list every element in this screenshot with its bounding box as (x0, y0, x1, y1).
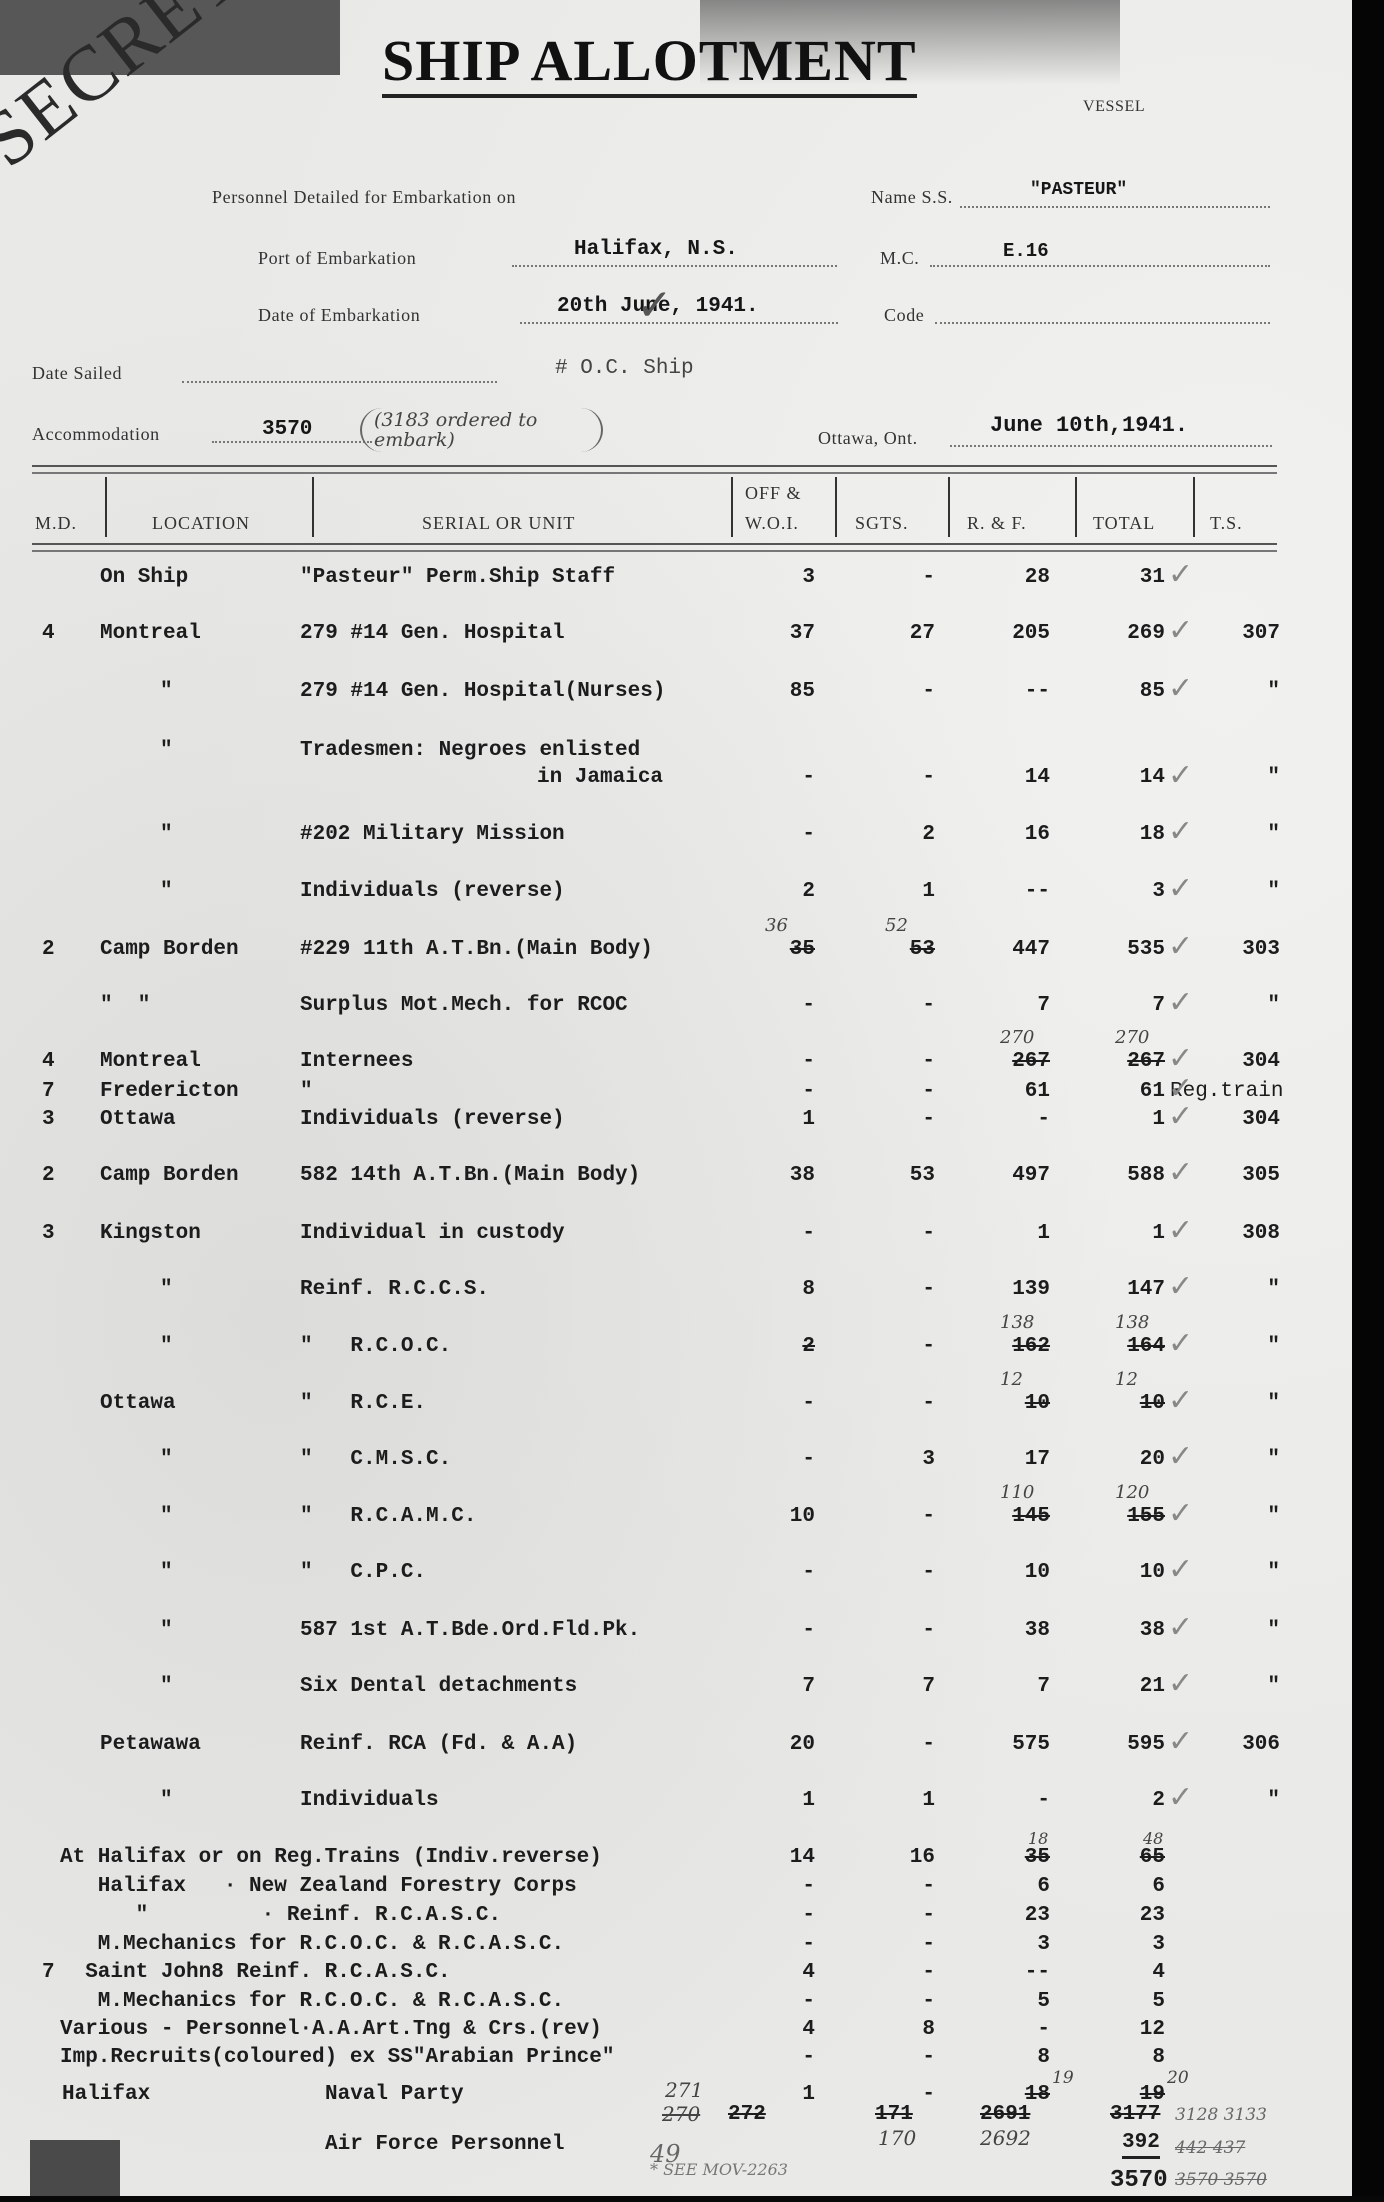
off-cell: 2 (735, 879, 815, 905)
sgts-cell: 53 (855, 937, 935, 963)
total-cell: 61 (1085, 1079, 1165, 1105)
total-cell: 8 (1085, 2045, 1165, 2071)
off-cell: - (735, 1049, 815, 1075)
checkmark-icon: ✓ (1168, 1155, 1193, 1190)
column-divider (312, 477, 314, 537)
total-cell: 269 (1085, 621, 1165, 647)
checkmark-icon: ✓ (1168, 1724, 1193, 1759)
column-divider (1075, 477, 1077, 537)
accommodation-value: 3570 (262, 418, 312, 441)
off-cell: - (735, 1618, 815, 1644)
rf-cell: 28 (970, 565, 1050, 591)
total-cell: 164 (1085, 1334, 1165, 1360)
unit-cell: " R.C.O.C. (300, 1334, 451, 1360)
side-note: 3570 3570 (1175, 2170, 1267, 2190)
table-row: "279 #14 Gen. Hospital(Nurses)85---85"✓ (0, 679, 1358, 709)
rf-cell: 1 (970, 1221, 1050, 1247)
sgts-cell: 8 (855, 2017, 935, 2043)
off-cell: 14 (735, 1845, 815, 1871)
off-cell: 10 (735, 1504, 815, 1530)
location-cell: " (160, 1788, 173, 1814)
checkmark-icon: ✓ (1168, 758, 1193, 793)
dotted-line (960, 206, 1270, 208)
checkmark-icon: ✓ (1168, 1269, 1193, 1304)
ts-cell: 306 (1200, 1732, 1280, 1758)
table-row: 4Montreal279 #14 Gen. Hospital3727205269… (0, 621, 1358, 651)
dotted-line (930, 265, 1270, 267)
unit-cell: Reinf. RCA (Fd. & A.A) (300, 1732, 577, 1758)
unit-cell: " (300, 1079, 313, 1105)
rf-cell: 17 (970, 1447, 1050, 1473)
rf-cell: -- (970, 679, 1050, 705)
checkmark-icon: ✓ (1168, 1099, 1193, 1134)
location-cell: " (160, 879, 173, 905)
checkmark-icon: ✓ (1168, 1439, 1193, 1474)
total-cell: 20 (1085, 1447, 1165, 1473)
side-note: 3128 3133 (1175, 2105, 1267, 2125)
total-cell: 535 (1085, 937, 1165, 963)
off-cell: 3 (735, 565, 815, 591)
unit-cell: #229 11th A.T.Bn.(Main Body) (300, 937, 653, 963)
checkmark-icon: ✓ (1168, 1780, 1193, 1815)
total-cell: 65 (1085, 1845, 1165, 1871)
handwritten-correction: 270 (1115, 1027, 1149, 1048)
total-sum: 3177 (1110, 2102, 1160, 2128)
checkmark-icon: ✓ (1168, 814, 1193, 849)
accommodation-handwritten-note: (3183 ordered to embark) (360, 408, 603, 452)
ts-cell: 304 (1200, 1107, 1280, 1133)
date-sailed-label: Date Sailed (32, 363, 122, 384)
off-cell: 35 (735, 937, 815, 963)
sgts-cell: - (855, 1874, 935, 1900)
table-row: "Individuals (reverse)21--3"✓ (0, 879, 1358, 909)
total-cell: 10 (1085, 1560, 1165, 1586)
total-cell: 267 (1085, 1049, 1165, 1075)
total-cell: 6 (1085, 1874, 1165, 1900)
ts-cell: 304 (1200, 1049, 1280, 1075)
table-row: M.Mechanics for R.C.O.C. & R.C.A.S.C.--5… (0, 1989, 1358, 2019)
sgts-cell: - (855, 1391, 935, 1417)
handwritten-correction: 270 (1000, 1027, 1034, 1048)
unit-cell: Halifax · New Zealand Forestry Corps (60, 1874, 577, 1900)
total-cell: 7 (1085, 993, 1165, 1019)
total-cell: 3 (1085, 1932, 1165, 1958)
off-cell: - (735, 765, 815, 791)
total-cell: 21 (1085, 1674, 1165, 1700)
unit-cell: 279 #14 Gen. Hospital (300, 621, 565, 647)
off-cell: 4 (735, 1960, 815, 1986)
table-row: 2Camp Borden#229 11th A.T.Bn.(Main Body)… (0, 937, 1358, 967)
port-value: Halifax, N.S. (574, 238, 738, 261)
off-cell: - (735, 1221, 815, 1247)
md-cell: 2 (42, 1163, 55, 1189)
column-header-sgts: SGTS. (855, 513, 909, 534)
checkmark-icon: ✓ (1168, 557, 1193, 592)
unit-cell: Imp.Recruits(coloured) ex SS"Arabian Pri… (60, 2045, 615, 2071)
checkmark-icon: ✓ (1168, 1666, 1193, 1701)
mc-value: E.16 (1003, 240, 1049, 262)
total-cell: 595 (1085, 1732, 1165, 1758)
sgts-cell: 1 (855, 879, 935, 905)
sgts-cell: - (855, 1903, 935, 1929)
ts-cell: " (1200, 1334, 1280, 1360)
sgts-struck-total: 171 (875, 2102, 913, 2128)
location-cell: " " (100, 993, 150, 1019)
issued-date: June 10th,1941. (990, 413, 1188, 438)
total-cell: 155 (1085, 1504, 1165, 1530)
unit-cell: " · Reinf. R.C.A.S.C. (60, 1903, 501, 1929)
scan-border (1352, 0, 1384, 2202)
table-top-rule (32, 465, 1277, 474)
table-row: Various - Personnel·A.A.Art.Tng & Crs.(r… (0, 2017, 1358, 2047)
location-cell: " (160, 1674, 173, 1700)
table-header-rule (32, 543, 1277, 552)
off-struck-total: 270 (662, 2102, 700, 2126)
rf-cell: 7 (970, 993, 1050, 1019)
table-row: "Individuals11-2"✓ (0, 1788, 1358, 1818)
sgts-cell: - (855, 1049, 935, 1075)
off-cell: 2 (735, 1334, 815, 1360)
unit-cell: M.Mechanics for R.C.O.C. & R.C.A.S.C. (60, 1932, 564, 1958)
rf-cell: 497 (970, 1163, 1050, 1189)
unit-cell: #202 Military Mission (300, 822, 565, 848)
ts-cell: " (1200, 1674, 1280, 1700)
ts-cell: " (1200, 993, 1280, 1019)
unit-cell: " R.C.A.M.C. (300, 1504, 476, 1530)
dotted-line (950, 445, 1272, 447)
handwritten-correction: 12 (1000, 1369, 1023, 1390)
unit-cell: M.Mechanics for R.C.O.C. & R.C.A.S.C. (60, 1989, 564, 2015)
location-cell: " (160, 1277, 173, 1303)
issued-place: Ottawa, Ont. (818, 428, 918, 449)
ship-name: "PASTEUR" (1030, 180, 1127, 200)
sgts-cell: - (855, 1277, 935, 1303)
unit-cell: Individuals (reverse) (300, 1107, 565, 1133)
rf-cell: 38 (970, 1618, 1050, 1644)
unit-cell: Reinf. R.C.C.S. (300, 1277, 489, 1303)
dotted-line (935, 322, 1270, 324)
unit-cell: Saint John8 Reinf. R.C.A.S.C. (60, 1960, 451, 1986)
total-cell: 14 (1085, 765, 1165, 791)
checkmark-icon: ✓ (1168, 1326, 1193, 1361)
air-force-annotation: 49 (650, 2140, 681, 2168)
checkmark-icon: ✓ (636, 280, 673, 331)
handwritten-correction: 19 (1052, 2068, 1074, 2088)
off-cell: - (735, 993, 815, 1019)
sgts-cell: 3 (855, 1447, 935, 1473)
rf-cell: 145 (970, 1504, 1050, 1530)
location-cell: Montreal (100, 621, 201, 647)
checkmark-icon: ✓ (1168, 1213, 1193, 1248)
air-force-total: 392 (1122, 2130, 1160, 2159)
table-row: "" R.C.O.C.2-162138164138"✓ (0, 1334, 1358, 1364)
unit-cell: 279 #14 Gen. Hospital(Nurses) (300, 679, 665, 705)
location-cell: " (160, 1618, 173, 1644)
off-cell: - (735, 1874, 815, 1900)
table-row: "" R.C.A.M.C.10-145110155120"✓ (0, 1504, 1358, 1534)
handwritten-correction: 138 (1115, 1312, 1149, 1333)
table-row: "" C.M.S.C.-31720"✓ (0, 1447, 1358, 1477)
location-cell: " (160, 679, 173, 705)
sgts-cell: - (855, 765, 935, 791)
ts-cell: 303 (1200, 937, 1280, 963)
location-cell: Kingston (100, 1221, 201, 1247)
ts-cell: " (1200, 1560, 1280, 1586)
md-cell: 2 (42, 937, 55, 963)
off-cell: 8 (735, 1277, 815, 1303)
location-cell: Petawawa (100, 1732, 201, 1758)
column-divider (1193, 477, 1195, 537)
table-row: "Tradesmen: Negroes enlisted--1414"in Ja… (0, 738, 1358, 768)
location-cell: Ottawa (100, 1107, 176, 1133)
column-header-location: LOCATION (152, 513, 250, 534)
checkmark-icon: ✓ (1168, 1610, 1193, 1645)
total-cell: 18 (1085, 822, 1165, 848)
sgts-cell: 2 (855, 822, 935, 848)
table-row: PetawawaReinf. RCA (Fd. & A.A)20-5755953… (0, 1732, 1358, 1762)
column-header-md: M.D. (35, 513, 77, 534)
handwritten-correction: 12 (1115, 1369, 1138, 1390)
rf-cell: 205 (970, 621, 1050, 647)
sgts-cell: - (855, 1732, 935, 1758)
unit-cell: " R.C.E. (300, 1391, 426, 1417)
table-row: Halifax · New Zealand Forestry Corps--66 (0, 1874, 1358, 1904)
md-cell: 4 (42, 1049, 55, 1075)
column-header-ts: T.S. (1210, 513, 1243, 534)
handwritten-correction: 120 (1115, 1482, 1149, 1503)
unit-cell: " C.P.C. (300, 1560, 426, 1586)
dotted-line (512, 265, 837, 267)
column-divider (105, 477, 107, 537)
location-cell: Montreal (100, 1049, 201, 1075)
sgts-cell: - (855, 1079, 935, 1105)
sgts-cell: - (855, 1618, 935, 1644)
off-cell: - (735, 1903, 815, 1929)
table-row: Imp.Recruits(coloured) ex SS"Arabian Pri… (0, 2045, 1358, 2075)
rf-cell: 35 (970, 1845, 1050, 1871)
md-cell: 7 (42, 1960, 55, 1986)
sgts-cell: - (855, 1989, 935, 2015)
sgts-cell: - (855, 1221, 935, 1247)
vessel-label: VESSEL (1083, 98, 1145, 116)
dotted-line (520, 322, 838, 324)
column-header-total: TOTAL (1093, 513, 1155, 534)
port-label: Port of Embarkation (258, 248, 416, 269)
location-cell: " (160, 1447, 173, 1473)
unit-cell: Naval Party (325, 2082, 464, 2108)
sgts-cell: - (855, 565, 935, 591)
handwritten-correction: 18 (1028, 1829, 1048, 1848)
unit-cell: Various - Personnel·A.A.Art.Tng & Crs.(r… (60, 2017, 602, 2043)
rf-cell: 16 (970, 822, 1050, 848)
location-cell: " (160, 1560, 173, 1586)
handwritten-correction: 110 (1000, 1482, 1034, 1503)
column-divider (948, 477, 950, 537)
total-cell: 12 (1085, 2017, 1165, 2043)
sgts-cell: - (855, 1334, 935, 1360)
personnel-label: Personnel Detailed for Embarkation on (212, 187, 516, 208)
ts-cell: " (1200, 765, 1280, 791)
ts-cell: " (1200, 1447, 1280, 1473)
sgts-cell: - (855, 1932, 935, 1958)
unit-cell: Internees (300, 1049, 413, 1075)
off-corrected-total: 271 (665, 2078, 703, 2102)
off-cell: 38 (735, 1163, 815, 1189)
unit-cell: At Halifax or on Reg.Trains (Indiv.rever… (60, 1845, 602, 1871)
ts-cell: " (1200, 879, 1280, 905)
table-row: 7Fredericton"--6161Reg.train✓ (0, 1079, 1358, 1109)
column-header-rf: R. & F. (967, 513, 1027, 534)
total-cell: 588 (1085, 1163, 1165, 1189)
location-cell: " (160, 738, 173, 764)
grand-total: 3570 (1110, 2168, 1168, 2194)
table-row: "" C.P.C.--1010"✓ (0, 1560, 1358, 1590)
table-row: "Reinf. R.C.C.S.8-139147"✓ (0, 1277, 1358, 1307)
dotted-line (212, 441, 372, 443)
table-row: 7 Saint John8 Reinf. R.C.A.S.C.4---4 (0, 1960, 1358, 1990)
rf-corrected-total: 2692 (980, 2126, 1031, 2150)
sgts-cell: 16 (855, 1845, 935, 1871)
rf-cell: 7 (970, 1674, 1050, 1700)
table-row: At Halifax or on Reg.Trains (Indiv.rever… (0, 1845, 1358, 1875)
location-cell: " (160, 1334, 173, 1360)
total-cell: 3 (1085, 879, 1165, 905)
mc-label: M.C. (880, 248, 919, 269)
column-header-serial-or-unit: SERIAL OR UNIT (422, 513, 575, 534)
rf-cell: 10 (970, 1391, 1050, 1417)
sgts-cell: 53 (855, 1163, 935, 1189)
unit-cell: Tradesmen: Negroes enlisted (300, 738, 640, 764)
unit-cell: 587 1st A.T.Bde.Ord.Fld.Pk. (300, 1618, 640, 1644)
off-cell: 37 (735, 621, 815, 647)
off-cell: 20 (735, 1732, 815, 1758)
checkmark-icon: ✓ (1168, 1496, 1193, 1531)
date-label: Date of Embarkation (258, 305, 420, 326)
checkmark-icon: ✓ (1168, 613, 1193, 648)
rf-cell: -- (970, 879, 1050, 905)
unit-cell-continued: in Jamaica (537, 765, 663, 791)
off-cell: 1 (735, 1107, 815, 1133)
sgts-cell: - (855, 2045, 935, 2071)
unit-cell: "Pasteur" Perm.Ship Staff (300, 565, 615, 591)
unit-cell: Surplus Mot.Mech. for RCOC (300, 993, 628, 1019)
column-header-off-line2: W.O.I. (745, 513, 799, 534)
checkmark-icon: ✓ (1168, 871, 1193, 906)
ts-cell: " (1200, 1391, 1280, 1417)
table-row: 4MontrealInternees--267270267270304✓ (0, 1049, 1358, 1079)
page-title: SHIP ALLOTMENT (382, 30, 917, 98)
checkmark-icon: ✓ (1168, 929, 1193, 964)
rf-cell: 3 (970, 1932, 1050, 1958)
md-cell: 3 (42, 1221, 55, 1247)
location-cell: Camp Borden (100, 937, 239, 963)
table-row: 3OttawaIndividuals (reverse)1--1304✓ (0, 1107, 1358, 1137)
sgts-cell: - (855, 1107, 935, 1133)
table-row: "587 1st A.T.Bde.Ord.Fld.Pk.--3838"✓ (0, 1618, 1358, 1648)
table-row: M.Mechanics for R.C.O.C. & R.C.A.S.C.--3… (0, 1932, 1358, 1962)
side-note: 442 437 (1175, 2138, 1245, 2158)
rf-cell: 5 (970, 1989, 1050, 2015)
location-cell: " (160, 822, 173, 848)
unit-cell: Individual in custody (300, 1221, 565, 1247)
checkmark-icon: ✓ (1168, 985, 1193, 1020)
total-cell: 147 (1085, 1277, 1165, 1303)
off-cell: - (735, 2045, 815, 2071)
unit-cell: 582 14th A.T.Bn.(Main Body) (300, 1163, 640, 1189)
table-row: Ottawa" R.C.E.--10121012"✓ (0, 1391, 1358, 1421)
rf-cell: 267 (970, 1049, 1050, 1075)
table-row: 3KingstonIndividual in custody--11308✓ (0, 1221, 1358, 1251)
table-row: " "Surplus Mot.Mech. for RCOC--77"✓ (0, 993, 1358, 1023)
rf-cell: 6 (970, 1874, 1050, 1900)
location-cell: " (160, 1504, 173, 1530)
scan-border (0, 2196, 1384, 2202)
rf-cell: 10 (970, 1560, 1050, 1586)
ts-cell: " (1200, 822, 1280, 848)
name-ss-label: Name S.S. (871, 187, 953, 208)
off-cell: - (735, 1079, 815, 1105)
rf-cell: - (970, 2017, 1050, 2043)
column-divider (731, 477, 733, 537)
checkmark-icon: ✓ (1168, 1552, 1193, 1587)
off-cell: - (735, 1932, 815, 1958)
location-cell: Camp Borden (100, 1163, 239, 1189)
rf-cell: - (970, 1788, 1050, 1814)
rf-cell: 14 (970, 765, 1050, 791)
sgts-cell: - (855, 1960, 935, 1986)
off-cell: 1 (735, 1788, 815, 1814)
total-cell: 31 (1085, 565, 1165, 591)
total-cell: 85 (1085, 679, 1165, 705)
md-cell: 3 (42, 1107, 55, 1133)
sgts-cell: 7 (855, 1674, 935, 1700)
off-cell: 4 (735, 2017, 815, 2043)
handwritten-correction: 52 (885, 915, 908, 936)
unit-cell: Individuals (300, 1788, 439, 1814)
ts-cell: 305 (1200, 1163, 1280, 1189)
handwritten-correction: 48 (1143, 1829, 1163, 1848)
sgts-cell: 27 (855, 621, 935, 647)
off-cell: - (735, 1447, 815, 1473)
sgts-corrected-total: 170 (878, 2126, 916, 2150)
location-cell: On Ship (100, 565, 188, 591)
off-cell: 85 (735, 679, 815, 705)
checkmark-icon: ✓ (1168, 1383, 1193, 1418)
total-cell: 23 (1085, 1903, 1165, 1929)
rf-cell: 61 (970, 1079, 1050, 1105)
off-cell: - (735, 822, 815, 848)
sgts-cell: 1 (855, 1788, 935, 1814)
rf-cell: 162 (970, 1334, 1050, 1360)
unit-cell: Individuals (reverse) (300, 879, 565, 905)
rf-cell: 23 (970, 1903, 1050, 1929)
total-cell: 2 (1085, 1788, 1165, 1814)
sgts-cell: - (855, 993, 935, 1019)
ts-cell: " (1200, 1788, 1280, 1814)
total-cell: 38 (1085, 1618, 1165, 1644)
off-cell: - (735, 1560, 815, 1586)
off-cell: - (735, 1391, 815, 1417)
rf-struck-total: 2691 (980, 2102, 1030, 2128)
location-cell: Ottawa (100, 1391, 176, 1417)
total-cell: 5 (1085, 1989, 1165, 2015)
rf-cell: 447 (970, 937, 1050, 963)
off-subtotal: 272 (728, 2102, 766, 2128)
handwritten-correction: 138 (1000, 1312, 1034, 1333)
checkmark-icon: ✓ (1168, 671, 1193, 706)
sgts-cell: - (855, 1560, 935, 1586)
sgts-cell: - (855, 679, 935, 705)
